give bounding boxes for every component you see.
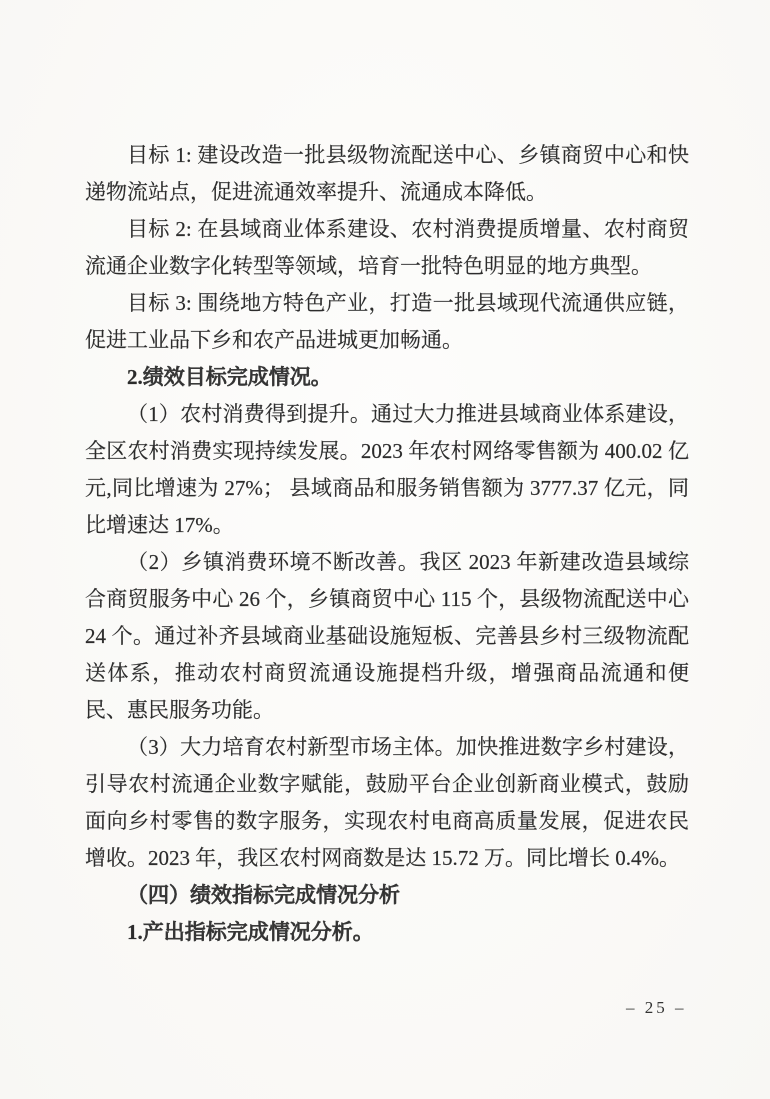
paragraph-rural-consumption-improvement: （1）农村消费得到提升。通过大力推进县域商业体系建设，全区农村消费实现持续发展。… — [85, 396, 689, 544]
paragraph-goal-1: 目标 1: 建设改造一批县级物流配送中心、乡镇商贸中心和快递物流站点，促进流通效… — [85, 137, 689, 211]
heading-performance-target-completion: 2.绩效目标完成情况。 — [85, 359, 689, 396]
heading-output-indicator-analysis: 1.产出指标完成情况分析。 — [85, 914, 689, 951]
paragraph-township-consumption-environment: （2）乡镇消费环境不断改善。我区 2023 年新建改造县域综合商贸服务中心 26… — [85, 544, 689, 729]
page-number: – 25 – — [626, 998, 687, 1018]
paragraph-goal-2: 目标 2: 在县域商业体系建设、农村消费提质增量、农村商贸流通企业数字化转型等领… — [85, 211, 689, 285]
document-page: 目标 1: 建设改造一批县级物流配送中心、乡镇商贸中心和快递物流站点，促进流通效… — [0, 0, 770, 1099]
paragraph-new-market-entities: （3）大力培育农村新型市场主体。加快推进数字乡村建设，引导农村流通企业数字赋能，… — [85, 729, 689, 877]
document-body: 目标 1: 建设改造一批县级物流配送中心、乡镇商贸中心和快递物流站点，促进流通效… — [85, 137, 689, 951]
paragraph-goal-3: 目标 3: 围绕地方特色产业，打造一批县域现代流通供应链，促进工业品下乡和农产品… — [85, 285, 689, 359]
heading-performance-indicator-analysis: （四）绩效指标完成情况分析 — [85, 877, 689, 914]
